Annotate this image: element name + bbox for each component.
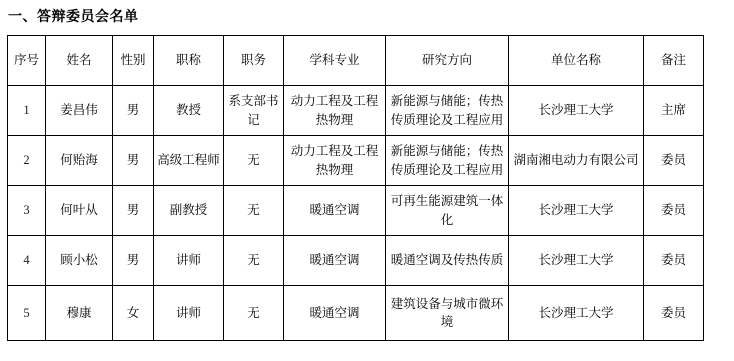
table-cell: 无 <box>224 186 284 236</box>
document-page: 一、答辩委员会名单 序号姓名性别职称职务学科专业研究方向单位名称备注 1姜昌伟男… <box>0 0 734 361</box>
table-cell: 委员 <box>644 236 704 286</box>
table-cell: 主席 <box>644 86 704 136</box>
table-cell: 男 <box>113 186 154 236</box>
column-header: 姓名 <box>46 36 113 86</box>
table-cell: 系支部书记 <box>224 86 284 136</box>
table-cell: 长沙理工大学 <box>509 186 644 236</box>
column-header: 职务 <box>224 36 284 86</box>
table-body: 1姜昌伟男教授系支部书记动力工程及工程热物理新能源与储能；传热传质理论及工程应用… <box>8 86 704 341</box>
table-cell: 委员 <box>644 136 704 186</box>
table-cell: 讲师 <box>154 286 224 341</box>
row-index-cell: 4 <box>8 236 46 286</box>
committee-table: 序号姓名性别职称职务学科专业研究方向单位名称备注 1姜昌伟男教授系支部书记动力工… <box>7 35 704 341</box>
table-cell: 长沙理工大学 <box>509 86 644 136</box>
column-header: 职称 <box>154 36 224 86</box>
table-cell: 男 <box>113 136 154 186</box>
table-cell: 高级工程师 <box>154 136 224 186</box>
table-cell: 穆康 <box>46 286 113 341</box>
column-header: 序号 <box>8 36 46 86</box>
table-cell: 新能源与储能；传热传质理论及工程应用 <box>386 136 509 186</box>
table-cell: 何叶从 <box>46 186 113 236</box>
table-cell: 新能源与储能；传热传质理论及工程应用 <box>386 86 509 136</box>
table-cell: 可再生能源建筑一体化 <box>386 186 509 236</box>
table-cell: 女 <box>113 286 154 341</box>
table-cell: 湖南湘电动力有限公司 <box>509 136 644 186</box>
table-row: 1姜昌伟男教授系支部书记动力工程及工程热物理新能源与储能；传热传质理论及工程应用… <box>8 86 704 136</box>
table-cell: 男 <box>113 86 154 136</box>
table-row: 2何贻海男高级工程师无动力工程及工程热物理新能源与储能；传热传质理论及工程应用湖… <box>8 136 704 186</box>
table-cell: 姜昌伟 <box>46 86 113 136</box>
table-cell: 长沙理工大学 <box>509 286 644 341</box>
table-header-row: 序号姓名性别职称职务学科专业研究方向单位名称备注 <box>8 36 704 86</box>
table-cell: 无 <box>224 236 284 286</box>
table-cell: 委员 <box>644 286 704 341</box>
table-row: 5穆康女讲师无暖通空调建筑设备与城市微环境长沙理工大学委员 <box>8 286 704 341</box>
table-cell: 顾小松 <box>46 236 113 286</box>
table-cell: 暖通空调及传热传质 <box>386 236 509 286</box>
table-cell: 暖通空调 <box>284 236 386 286</box>
table-cell: 动力工程及工程热物理 <box>284 86 386 136</box>
table-cell: 无 <box>224 286 284 341</box>
table-cell: 讲师 <box>154 236 224 286</box>
table-cell: 无 <box>224 136 284 186</box>
column-header: 研究方向 <box>386 36 509 86</box>
table-cell: 暖通空调 <box>284 286 386 341</box>
column-header: 备注 <box>644 36 704 86</box>
table-cell: 暖通空调 <box>284 186 386 236</box>
table-cell: 动力工程及工程热物理 <box>284 136 386 186</box>
column-header: 单位名称 <box>509 36 644 86</box>
row-index-cell: 1 <box>8 86 46 136</box>
table-cell: 教授 <box>154 86 224 136</box>
table-row: 4顾小松男讲师无暖通空调暖通空调及传热传质长沙理工大学委员 <box>8 236 704 286</box>
table-cell: 委员 <box>644 186 704 236</box>
row-index-cell: 5 <box>8 286 46 341</box>
table-cell: 男 <box>113 236 154 286</box>
table-cell: 长沙理工大学 <box>509 236 644 286</box>
row-index-cell: 2 <box>8 136 46 186</box>
table-cell: 建筑设备与城市微环境 <box>386 286 509 341</box>
table-cell: 副教授 <box>154 186 224 236</box>
table-cell: 何贻海 <box>46 136 113 186</box>
section-title: 一、答辩委员会名单 <box>8 6 139 26</box>
column-header: 性别 <box>113 36 154 86</box>
column-header: 学科专业 <box>284 36 386 86</box>
row-index-cell: 3 <box>8 186 46 236</box>
table-row: 3何叶从男副教授无暖通空调可再生能源建筑一体化长沙理工大学委员 <box>8 186 704 236</box>
